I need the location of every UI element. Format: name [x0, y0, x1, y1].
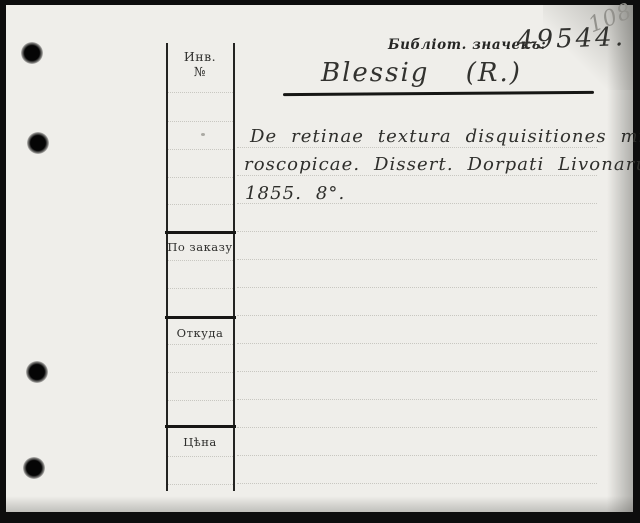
ruled-line	[237, 483, 597, 485]
scan-border-right	[633, 0, 640, 523]
column-ruled-line	[168, 149, 233, 151]
column-ruled-line	[168, 121, 233, 123]
ruled-line	[237, 455, 597, 457]
column-ruled-line	[168, 372, 233, 374]
bottom-edge-shadow	[0, 496, 640, 512]
punch-hole	[21, 42, 43, 64]
inventory-number-label-line1: Инв.	[166, 49, 234, 64]
punch-hole	[23, 457, 45, 479]
punch-hole	[27, 132, 49, 154]
inventory-number-label-line2: №	[166, 64, 234, 79]
column-divider	[165, 425, 236, 428]
column-ruled-line	[168, 484, 233, 486]
price-label: Цѣна	[166, 435, 234, 449]
ruled-line	[237, 147, 597, 149]
author-name-handwritten: Blessig (R.)	[321, 58, 522, 88]
column-ruled-line	[168, 344, 233, 346]
column-ruled-line	[168, 288, 233, 290]
column-rail-right	[233, 43, 235, 491]
scan-border-bottom	[0, 512, 640, 523]
scan-border-top	[0, 0, 640, 5]
column-ruled-line	[168, 260, 233, 262]
ruled-line	[237, 315, 597, 317]
column-divider	[165, 231, 236, 234]
scan-border-left	[0, 0, 6, 523]
entry-text-line-1: De retinae textura disquisitiones mic-	[250, 126, 640, 147]
column-divider	[165, 316, 236, 319]
punch-hole	[26, 361, 48, 383]
ruled-line	[237, 371, 597, 373]
origin-label: Откуда	[166, 326, 234, 340]
ruled-line	[237, 287, 597, 289]
ruled-line	[237, 175, 597, 177]
ruled-line	[237, 427, 597, 429]
catalog-card-scan: { "page": { "corner_number": "108", "sta…	[0, 0, 640, 523]
column-ruled-line	[168, 204, 233, 206]
column-rail-left	[166, 43, 168, 491]
column-ruled-line	[168, 92, 233, 94]
ruled-line	[237, 343, 597, 345]
column-ruled-line	[168, 400, 233, 402]
ruled-line	[237, 259, 597, 261]
author-underline-stroke	[283, 91, 594, 96]
ruled-line	[237, 399, 597, 401]
ruled-line	[237, 231, 597, 233]
order-label: По заказу	[166, 240, 234, 254]
entry-text-line-3: 1855. 8°.	[245, 183, 345, 204]
stray-mark	[201, 133, 205, 136]
column-ruled-line	[168, 177, 233, 179]
column-ruled-line	[168, 456, 233, 458]
entry-text-line-2: roscopicae. Dissert. Dorpati Livonarum.	[244, 154, 640, 175]
